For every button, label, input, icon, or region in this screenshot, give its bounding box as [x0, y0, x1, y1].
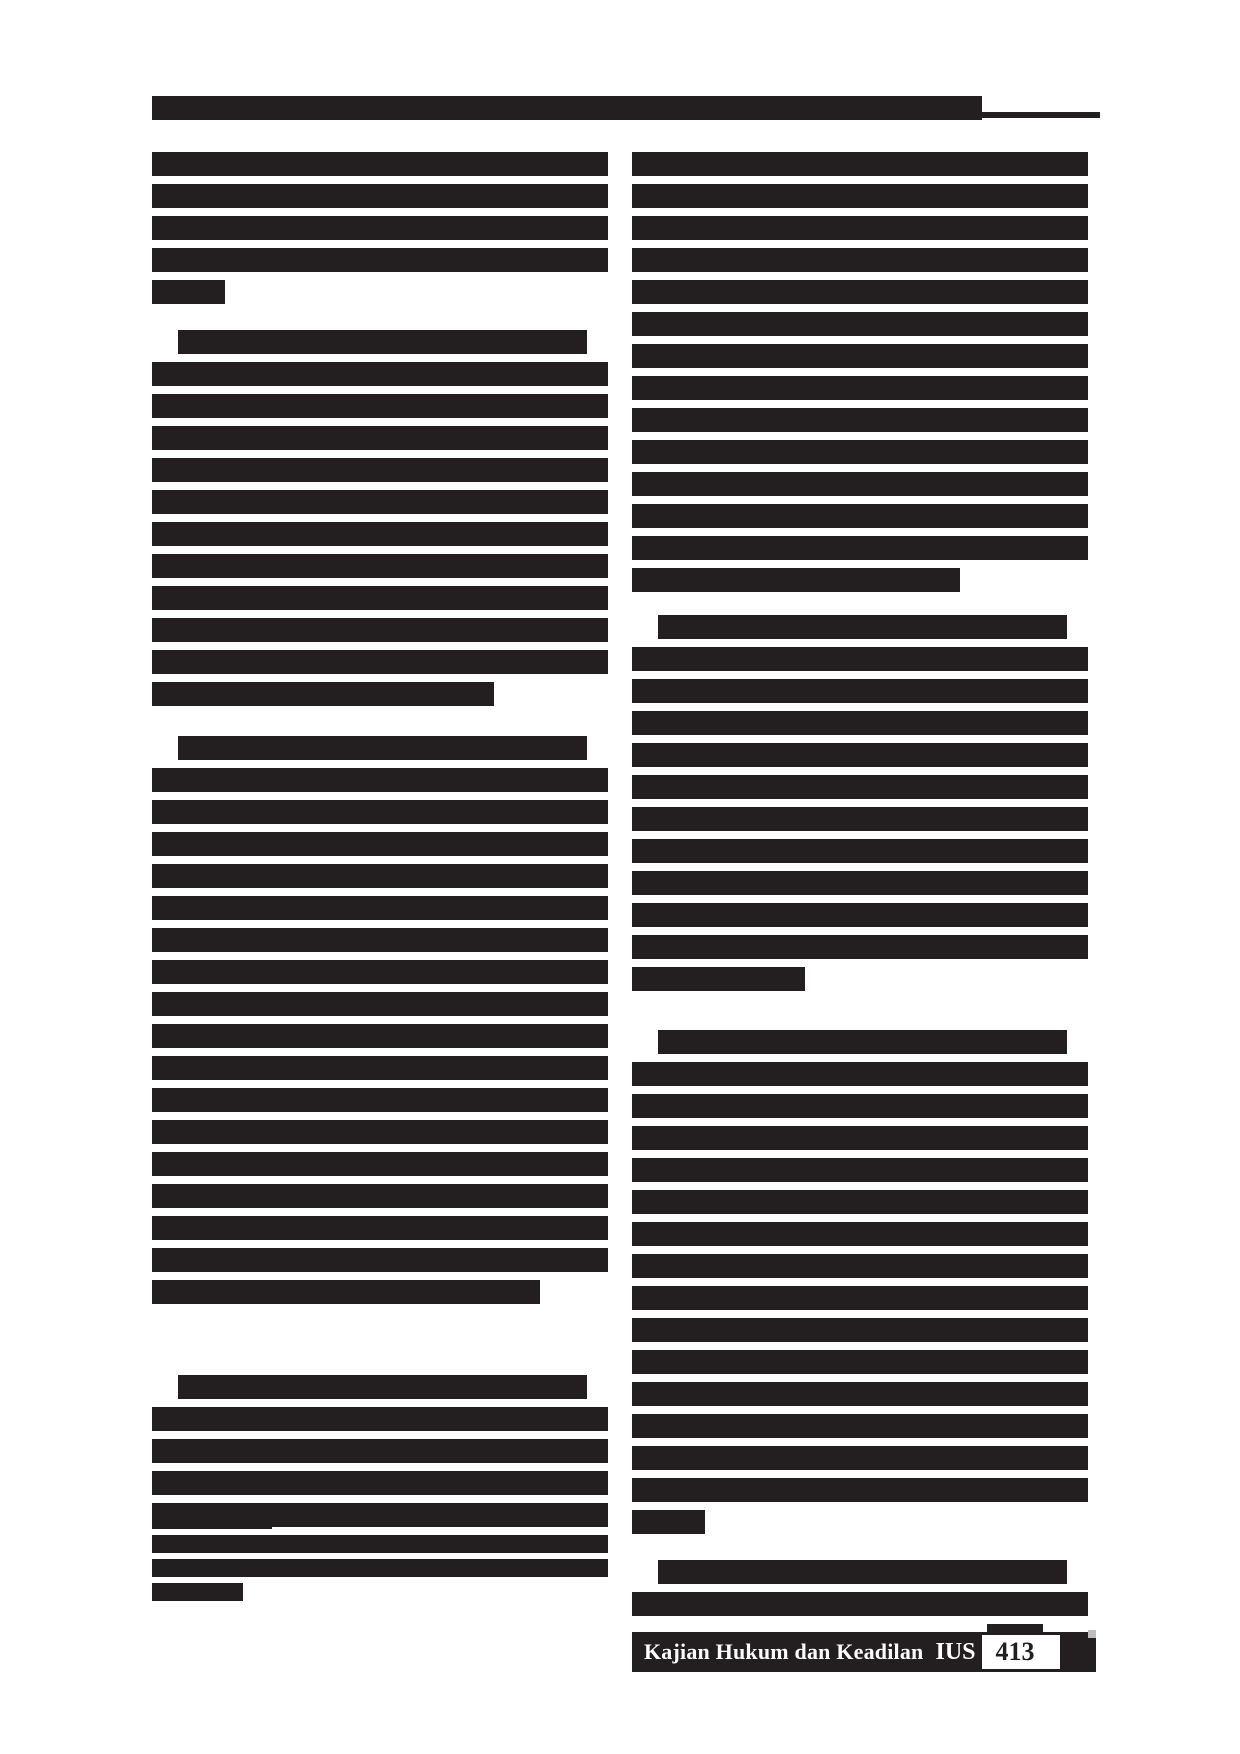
redacted-text-line — [632, 1350, 1088, 1374]
redacted-text-line — [152, 1248, 608, 1272]
redacted-text-line — [632, 504, 1088, 528]
redacted-text-line — [152, 800, 608, 824]
footer-tab-decoration — [987, 1624, 1043, 1632]
redacted-text-line — [632, 1382, 1088, 1406]
redacted-text-line — [632, 312, 1088, 336]
redacted-text-line — [658, 1030, 1067, 1054]
redacted-text-line — [632, 568, 960, 592]
redacted-text-line — [632, 408, 1088, 432]
redacted-text-line — [632, 152, 1088, 176]
redacted-text-line — [152, 1439, 608, 1463]
redacted-text-line — [152, 1471, 608, 1495]
redacted-text-line — [152, 832, 608, 856]
redacted-text-line — [152, 960, 608, 984]
redacted-text-line — [152, 1024, 608, 1048]
redacted-text-line — [152, 394, 608, 418]
redacted-text-line — [152, 280, 225, 304]
redacted-text-line — [632, 967, 805, 991]
footer-corner-mark — [1088, 1630, 1096, 1638]
redacted-text-line — [632, 807, 1088, 831]
redacted-footnote-line — [152, 1535, 608, 1553]
redacted-text-line — [632, 1414, 1088, 1438]
redacted-text-line — [152, 216, 608, 240]
redacted-text-line — [632, 1190, 1088, 1214]
redacted-text-line — [152, 1407, 608, 1431]
redacted-text-line — [632, 1126, 1088, 1150]
redacted-text-line — [632, 344, 1088, 368]
redacted-text-line — [152, 1503, 608, 1527]
journal-name: Kajian Hukum dan Keadilan — [632, 1639, 923, 1665]
redacted-text-line — [632, 1592, 1088, 1616]
redacted-text-line — [152, 248, 608, 272]
redacted-text-line — [152, 864, 608, 888]
redacted-text-line — [152, 682, 494, 706]
redacted-text-line — [152, 554, 608, 578]
redacted-text-line — [152, 1216, 608, 1240]
redacted-text-line — [152, 1088, 608, 1112]
redacted-text-line — [632, 1062, 1088, 1086]
redacted-text-line — [152, 1120, 608, 1144]
redacted-text-line — [152, 992, 608, 1016]
page-footer: Kajian Hukum dan Keadilan IUS 413 — [632, 1632, 1096, 1672]
redacted-text-line — [178, 736, 587, 760]
redacted-text-line — [632, 1286, 1088, 1310]
running-head-text-redacted — [152, 96, 982, 120]
redacted-text-line — [632, 743, 1088, 767]
redacted-text-line — [632, 440, 1088, 464]
redacted-text-line — [632, 1510, 705, 1534]
page-number: 413 — [982, 1635, 1060, 1669]
redacted-text-line — [632, 935, 1088, 959]
journal-abbrev: IUS — [935, 1639, 975, 1666]
redacted-text-line — [632, 1478, 1088, 1502]
running-head-rule — [982, 112, 1100, 118]
redacted-text-line — [632, 679, 1088, 703]
redacted-text-line — [632, 184, 1088, 208]
redacted-text-line — [632, 472, 1088, 496]
redacted-text-line — [632, 1094, 1088, 1118]
redacted-text-line — [632, 248, 1088, 272]
redacted-footnote-line — [152, 1559, 608, 1577]
redacted-text-line — [152, 1056, 608, 1080]
redacted-footnote-line — [152, 1583, 243, 1601]
footnote-rule — [152, 1527, 272, 1529]
redacted-text-line — [152, 896, 608, 920]
redacted-text-line — [152, 928, 608, 952]
running-head — [152, 96, 1100, 120]
redacted-text-line — [632, 711, 1088, 735]
redacted-text-line — [152, 1184, 608, 1208]
redacted-text-line — [632, 536, 1088, 560]
redacted-text-line — [152, 490, 608, 514]
redacted-text-line — [632, 775, 1088, 799]
redacted-text-line — [632, 280, 1088, 304]
redacted-text-line — [178, 330, 587, 354]
redacted-text-line — [178, 1375, 587, 1399]
redacted-text-line — [632, 903, 1088, 927]
redacted-text-line — [152, 618, 608, 642]
redacted-text-line — [152, 1280, 540, 1304]
redacted-text-line — [632, 1446, 1088, 1470]
redacted-text-line — [152, 650, 608, 674]
redacted-text-line — [152, 522, 608, 546]
redacted-text-line — [632, 647, 1088, 671]
redacted-text-line — [152, 586, 608, 610]
redacted-text-line — [632, 871, 1088, 895]
redacted-text-line — [658, 615, 1067, 639]
redacted-text-line — [152, 458, 608, 482]
redacted-text-line — [632, 1222, 1088, 1246]
redacted-text-line — [152, 1152, 608, 1176]
redacted-text-line — [658, 1560, 1067, 1584]
redacted-text-line — [632, 1318, 1088, 1342]
redacted-text-line — [152, 768, 608, 792]
redacted-text-line — [152, 426, 608, 450]
redacted-text-line — [152, 184, 608, 208]
redacted-text-line — [632, 216, 1088, 240]
redacted-text-line — [152, 362, 608, 386]
redacted-text-line — [152, 152, 608, 176]
redacted-text-line — [632, 1158, 1088, 1182]
redacted-text-line — [632, 839, 1088, 863]
redacted-text-line — [632, 1254, 1088, 1278]
journal-page: Kajian Hukum dan Keadilan IUS 413 — [0, 0, 1240, 1754]
redacted-text-line — [632, 376, 1088, 400]
